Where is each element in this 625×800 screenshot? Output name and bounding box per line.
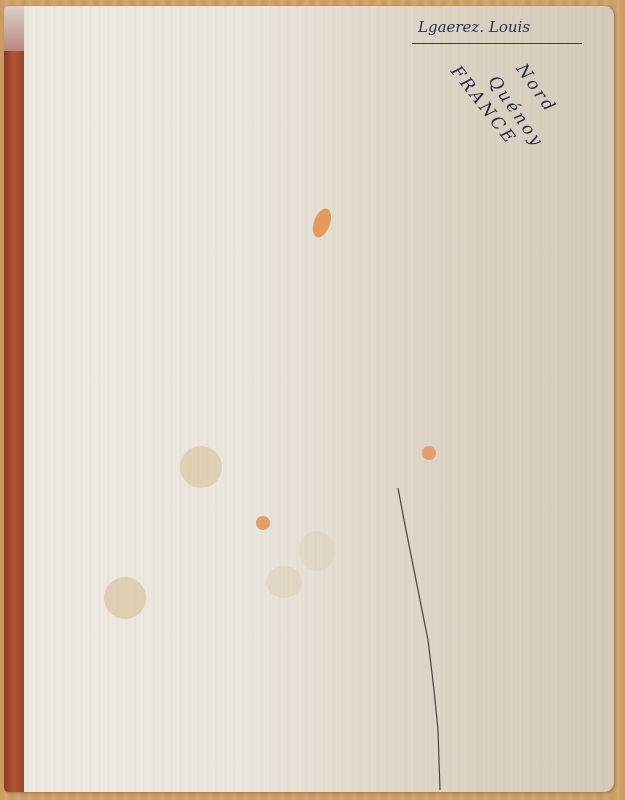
water-stain-faint-2: [299, 531, 335, 571]
red-cloth-spine: [4, 6, 25, 792]
owner-name: Lgaerez. Louis: [418, 18, 530, 36]
water-stain-circle-1: [180, 446, 222, 488]
orange-stain-right: [422, 446, 436, 460]
worn-spine-top: [4, 6, 24, 51]
strikethrough-line: [412, 43, 582, 44]
orange-stain-center: [256, 516, 270, 530]
water-stain-faint: [266, 566, 302, 598]
water-stain-circle-2: [104, 577, 146, 619]
